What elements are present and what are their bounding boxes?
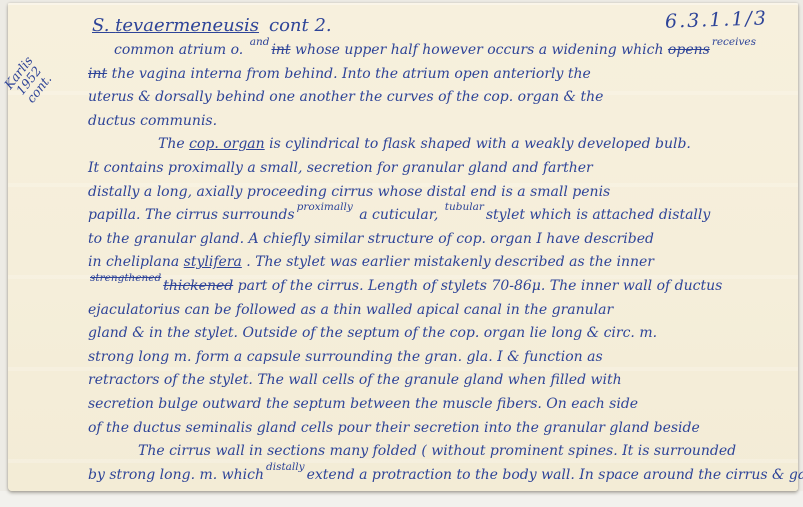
- text-segment: is cylindrical to flask shaped with a we…: [265, 136, 691, 152]
- text-segment: retractors of the stylet. The wall cells…: [88, 372, 622, 388]
- handwritten-line: papilla. The cirrus surroundsproximally …: [88, 204, 786, 228]
- text-segment: It contains proximally a small, secretio…: [88, 160, 593, 176]
- text-segment: stylet which is attached distally: [486, 207, 710, 223]
- inserted-struck-word: strengthened: [90, 273, 161, 283]
- handwritten-line: by strong long. m. whichdistallyextend a…: [88, 464, 786, 488]
- struck-word: opens: [668, 42, 710, 58]
- handwritten-line: in cheliplana stylifera . The stylet was…: [88, 251, 786, 275]
- struck-word: int: [88, 66, 107, 82]
- text-segment: distally a long, axially proceeding cirr…: [88, 184, 610, 200]
- text-segment: extend a protraction to the body wall. I…: [307, 467, 803, 483]
- text-segment: . The stylet was earlier mistakenly desc…: [242, 254, 654, 270]
- text-segment: whose upper half however occurs a wideni…: [291, 42, 668, 58]
- index-card: 6.3.1.1/3 S. tevaermeneusiscont 2. Karli…: [8, 3, 798, 491]
- continuation-label: cont 2.: [269, 15, 332, 36]
- species-abbr: S.: [92, 15, 109, 36]
- text-segment: to the granular gland. A chiefly similar…: [88, 231, 654, 247]
- catalog-code: 6.3.1.1/3: [665, 7, 769, 33]
- margin-note: Karlis 1952 cont.: [2, 54, 56, 107]
- inserted-word: distally: [266, 462, 305, 472]
- text-segment: papilla. The cirrus surrounds: [88, 207, 295, 223]
- inserted-word: and: [250, 37, 270, 47]
- handwritten-line: ductus communis.: [88, 110, 786, 134]
- text-segment: strong long m. form a capsule surroundin…: [88, 349, 603, 365]
- handwritten-line: strengthenedthickened part of the cirrus…: [88, 275, 786, 299]
- struck-word: int: [271, 42, 290, 58]
- handwritten-line: gland & in the stylet. Outside of the se…: [88, 322, 786, 346]
- scanned-document: 6.3.1.1/3 S. tevaermeneusiscont 2. Karli…: [0, 0, 803, 507]
- text-segment: uterus & dorsally behind one another the…: [88, 89, 603, 105]
- handwritten-body: common atrium o. andint whose upper half…: [88, 39, 786, 487]
- text-segment: part of the cirrus. Length of stylets 70…: [233, 278, 722, 294]
- scanner-bed-strip: [0, 491, 803, 507]
- handwritten-line: of the ductus seminalis gland cells pour…: [88, 417, 786, 441]
- species-name: tevaermeneusis: [115, 15, 259, 36]
- text-segment: a cuticular,: [355, 207, 443, 223]
- inserted-word: receives: [712, 37, 756, 47]
- text-segment: ductus communis.: [88, 113, 217, 129]
- text-segment: of the ductus seminalis gland cells pour…: [88, 420, 700, 436]
- handwritten-line: The cop. organ is cylindrical to flask s…: [88, 133, 786, 157]
- text-segment: common atrium o.: [114, 42, 248, 58]
- text-segment: by strong long. m. which: [88, 467, 264, 483]
- text-segment: the vagina interna from behind. Into the…: [107, 66, 591, 82]
- underlined-word: stylifera: [184, 254, 242, 270]
- card-header: S. tevaermeneusiscont 2.: [92, 15, 332, 36]
- handwritten-line: retractors of the stylet. The wall cells…: [88, 369, 786, 393]
- species-abbr-and-name: S. tevaermeneusis: [92, 15, 259, 36]
- underlined-word: cop. organ: [189, 136, 265, 152]
- handwritten-line: common atrium o. andint whose upper half…: [88, 39, 786, 63]
- handwritten-line: uterus & dorsally behind one another the…: [88, 86, 786, 110]
- handwritten-line: to the granular gland. A chiefly similar…: [88, 228, 786, 252]
- text-segment: in cheliplana: [88, 254, 184, 270]
- inserted-word: tubular: [445, 202, 484, 212]
- text-segment: ejaculatorius can be followed as a thin …: [88, 302, 613, 318]
- text-segment: The: [158, 136, 189, 152]
- handwritten-line: secretion bulge outward the septum betwe…: [88, 393, 786, 417]
- inserted-word: proximally: [297, 202, 353, 212]
- handwritten-line: int the vagina interna from behind. Into…: [88, 63, 786, 87]
- handwritten-line: distally a long, axially proceeding cirr…: [88, 181, 786, 205]
- handwritten-line: It contains proximally a small, secretio…: [88, 157, 786, 181]
- handwritten-line: ejaculatorius can be followed as a thin …: [88, 299, 786, 323]
- handwritten-line: The cirrus wall in sections many folded …: [88, 440, 786, 464]
- text-segment: secretion bulge outward the septum betwe…: [88, 396, 638, 412]
- text-segment: gland & in the stylet. Outside of the se…: [88, 325, 657, 341]
- text-segment: The cirrus wall in sections many folded …: [138, 443, 736, 459]
- struck-word: thickened: [163, 278, 233, 294]
- handwritten-line: strong long m. form a capsule surroundin…: [88, 346, 786, 370]
